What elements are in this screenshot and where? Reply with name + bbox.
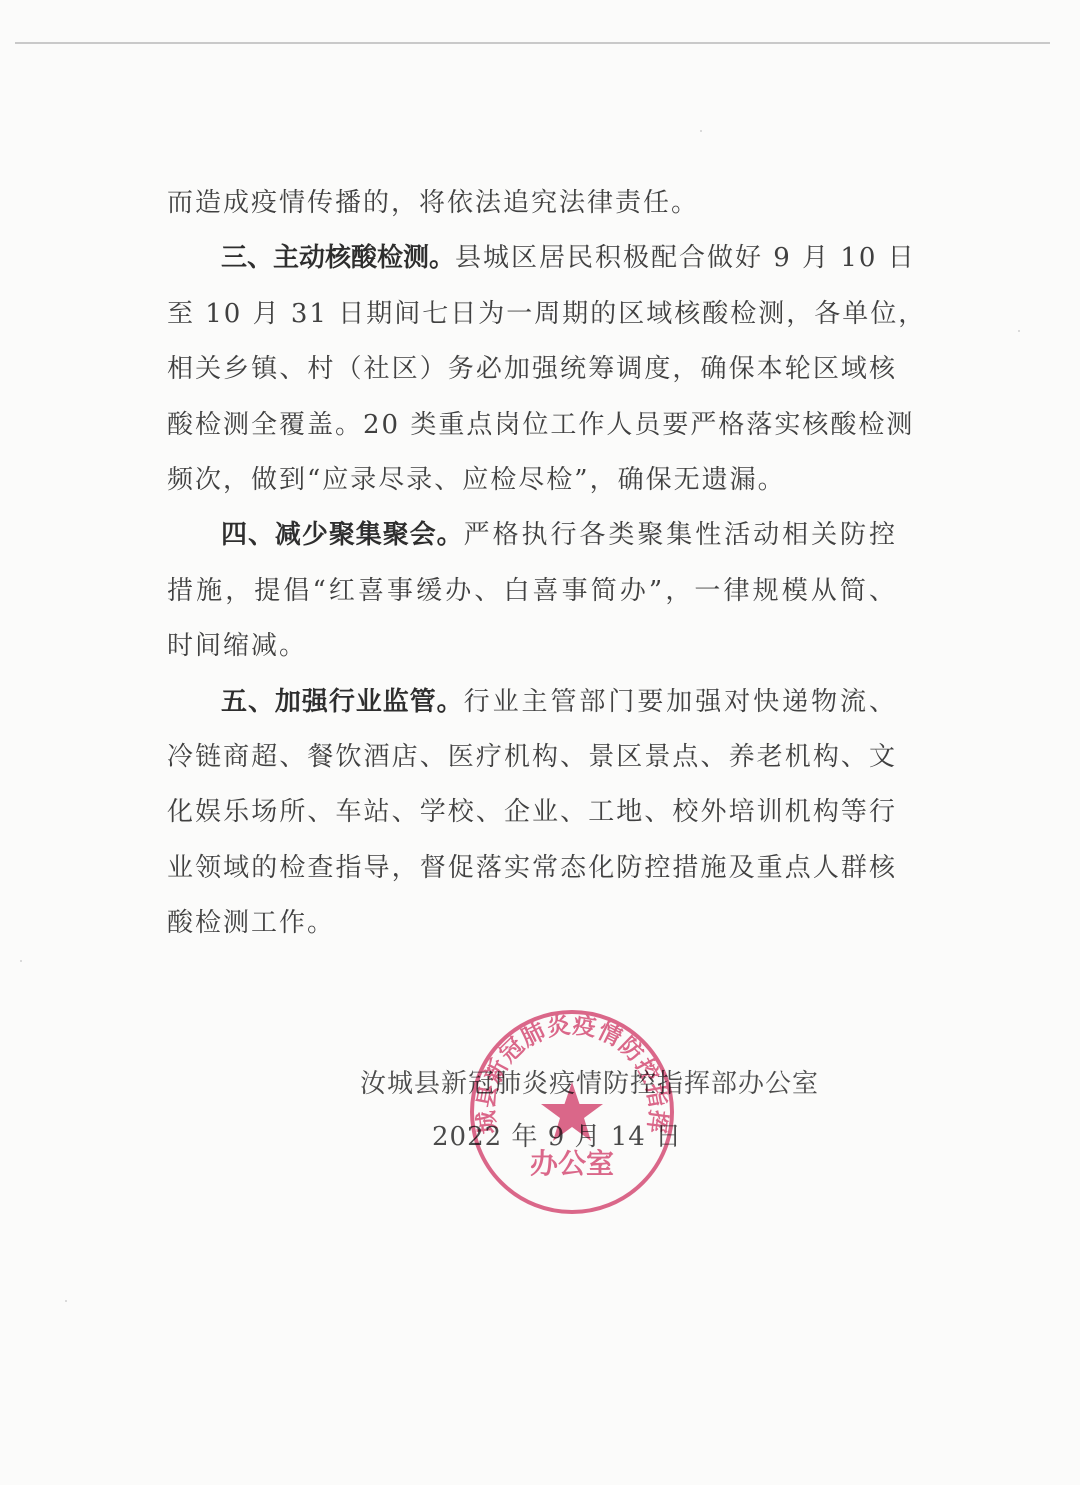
section-heading-5: 五、加强行业监管。: [221, 687, 464, 717]
body-line: 相关乡镇、村（社区）务必加强统筹调度，确保本轮区域核: [167, 348, 897, 403]
line-wrap: 三、主动核酸检测。县城区居民积极配合做好 9 月 10 日: [221, 243, 916, 273]
scan-speck: [700, 130, 702, 132]
body-line: 化娱乐场所、车站、学校、企业、工地、校外培训机构等行: [167, 791, 897, 846]
line-text: 县城区居民积极配合做好 9 月 10 日: [455, 243, 916, 273]
line-text: 酸检测全覆盖。20 类重点岗位工作人员要严格落实核酸检测: [167, 410, 914, 440]
official-seal: 汝城县新冠肺炎疫情防控指挥部 办公室: [468, 1008, 676, 1216]
scan-speck: [65, 1300, 67, 1302]
line-text: 相关乡镇、村（社区）务必加强统筹调度，确保本轮区域核: [167, 354, 897, 384]
line-text: 冷链商超、餐饮酒店、医疗机构、景区景点、养老机构、文: [167, 742, 897, 772]
body-line: 酸检测工作。: [167, 902, 897, 957]
line-text: 而造成疫情传播的，将依法追究法律责任。: [167, 188, 699, 218]
body-line: 时间缩减。: [167, 625, 897, 680]
section-heading-3: 三、主动核酸检测。: [221, 243, 455, 273]
body-line: 频次，做到“应录尽录、应检尽检”，确保无遗漏。: [167, 459, 897, 514]
body-line-section-5: 五、加强行业监管。行业主管部门要加强对快递物流、: [167, 681, 897, 736]
line-wrap: 五、加强行业监管。行业主管部门要加强对快递物流、: [221, 687, 897, 717]
line-text: 化娱乐场所、车站、学校、企业、工地、校外培训机构等行: [167, 797, 897, 827]
body-line-section-3: 三、主动核酸检测。县城区居民积极配合做好 9 月 10 日: [167, 237, 897, 292]
line-text: 频次，做到“应录尽录、应检尽检”，确保无遗漏。: [167, 465, 786, 495]
line-text: 严格执行各类聚集性活动相关防控: [464, 520, 897, 550]
document-body: 而造成疫情传播的，将依法追究法律责任。 三、主动核酸检测。县城区居民积极配合做好…: [167, 182, 897, 957]
section-heading-4: 四、减少聚集聚会。: [221, 520, 464, 550]
line-wrap: 四、减少聚集聚会。严格执行各类聚集性活动相关防控: [221, 520, 897, 550]
body-line: 而造成疫情传播的，将依法追究法律责任。: [167, 182, 897, 237]
star-icon: [541, 1082, 603, 1141]
body-line: 至 10 月 31 日期间七日为一周期的区域核酸检测，各单位，: [167, 293, 897, 348]
scan-speck: [20, 960, 22, 962]
body-line-section-4: 四、减少聚集聚会。严格执行各类聚集性活动相关防控: [167, 514, 897, 569]
top-rule: [15, 42, 1050, 44]
line-text: 至 10 月 31 日期间七日为一周期的区域核酸检测，各单位，: [167, 299, 926, 329]
seal-graphic: 汝城县新冠肺炎疫情防控指挥部 办公室: [468, 1008, 676, 1216]
line-text: 行业主管部门要加强对快递物流、: [464, 687, 897, 717]
body-line: 酸检测全覆盖。20 类重点岗位工作人员要严格落实核酸检测: [167, 404, 897, 459]
body-line: 冷链商超、餐饮酒店、医疗机构、景区景点、养老机构、文: [167, 736, 897, 791]
body-line: 措施，提倡“红喜事缓办、白喜事简办”，一律规模从简、: [167, 570, 897, 625]
line-text: 时间缩减。: [167, 631, 307, 661]
body-line: 业领域的检查指导，督促落实常态化防控措施及重点人群核: [167, 847, 897, 902]
line-text: 业领域的检查指导，督促落实常态化防控措施及重点人群核: [167, 853, 897, 883]
line-text: 措施，提倡“红喜事缓办、白喜事简办”，一律规模从简、: [167, 576, 897, 606]
line-text: 酸检测工作。: [167, 908, 335, 938]
scan-speck: [1018, 330, 1020, 332]
seal-center-text: 办公室: [530, 1147, 614, 1180]
